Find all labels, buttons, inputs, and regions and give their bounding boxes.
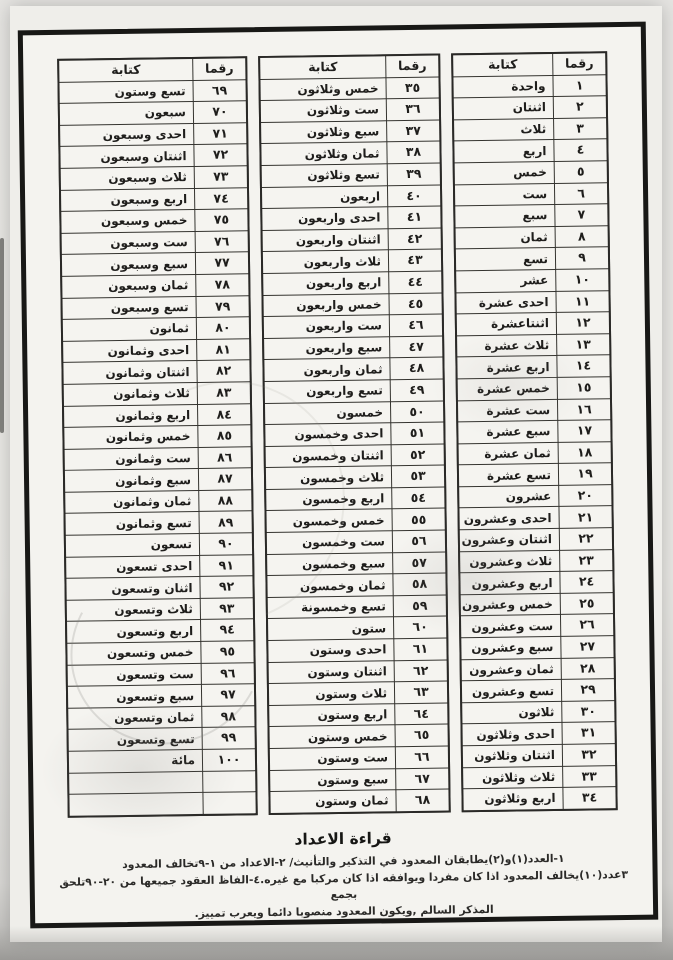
numeral-cell: ٥٢ [392, 444, 444, 465]
written-number-cell: خمس وعشرون [461, 594, 560, 616]
written-number-cell: اربع وستون [269, 704, 394, 726]
numeral-cell: ٩٧ [202, 684, 254, 705]
numeral-cell: ٣٤ [563, 787, 615, 808]
numeral-cell: ٣٧ [387, 120, 439, 141]
numeral-cell: ٣٣ [563, 766, 615, 787]
written-number-cell: اربع واربعون [263, 272, 388, 294]
written-number-cell: ثمان وسبعون [62, 275, 195, 297]
written-number-cell: اربع وثلاثون [463, 788, 562, 810]
written-number-cell: سبع عشرة [458, 421, 557, 443]
numeral-cell: ٦٠ [394, 617, 446, 638]
numeral-cell: ٧ [555, 204, 607, 225]
numeral-cell: ١٨ [559, 442, 611, 463]
written-number-cell: خمس وستون [270, 726, 395, 748]
written-number-cell: ثلاث وستون [269, 682, 394, 704]
written-number-cell: خمس وثمانون [64, 426, 197, 448]
written-number-cell: اربع [454, 140, 553, 162]
numeral-cell: ٦١ [394, 639, 446, 660]
written-number-cell: ثلاث عشرة [457, 335, 556, 357]
numeral-cell: ٨١ [197, 339, 249, 360]
numeral-cell: ٥٥ [392, 509, 444, 530]
written-number-cell: ثمان وثمانون [65, 491, 198, 513]
written-number-cell: ست واربعون [264, 315, 389, 337]
column-header-written: كتابة [59, 59, 192, 81]
numeral-cell: ٣٥ [386, 77, 438, 98]
written-number-cell: ست [455, 184, 554, 206]
numeral-cell: ٤ [554, 140, 606, 161]
written-number-cell: ثلاث وخمسون [266, 467, 391, 489]
written-number-cell: ست وثلاثون [261, 99, 386, 121]
numeral-cell: ٨٩ [200, 512, 252, 533]
numeral-cell: ٨ [556, 226, 608, 247]
written-number-cell: احدى تسعون [66, 556, 199, 578]
numeral-cell: ٦٥ [396, 725, 448, 746]
written-number-cell: اثنتاعشرة [457, 313, 556, 335]
written-number-cell: ثلاث وثمانون [64, 383, 197, 405]
numeral-cell: ٥ [555, 161, 607, 182]
written-number-cell: تسع عشرة [459, 464, 558, 486]
numeral-cell: ٢٤ [560, 571, 612, 592]
numeral-cell: ١٠٠ [203, 749, 255, 770]
written-number-cell: ست وتسعون [68, 664, 201, 686]
written-number-cell: سبع وتسعون [68, 685, 201, 707]
written-number-cell: اربع وعشرون [460, 572, 559, 594]
numeral-cell: ٨٠ [197, 317, 249, 338]
numeral-cell: ٩٣ [201, 598, 253, 619]
numeral-cell: ٨٨ [199, 490, 251, 511]
written-number-cell: احدى وثلاثون [462, 723, 561, 745]
numeral-cell: ٧٩ [196, 296, 248, 317]
numbers-table-1-34: رقما كتابة ١واحدة٢اثنتان٣ثلاث٤اربع٥خمس٦س… [451, 51, 618, 812]
numeral-cell: ٨٦ [199, 447, 251, 468]
written-number-cell: اثنان وتسعون [66, 577, 199, 599]
numeral-cell: ٥٩ [394, 595, 446, 616]
written-number-cell: تسع وثلاثون [262, 164, 387, 186]
numeral-cell: ١٠ [556, 269, 608, 290]
written-number-cell: تسع [456, 248, 555, 270]
numeral-cell: ٥٣ [392, 466, 444, 487]
column-header-written: كتابة [260, 56, 385, 78]
numeral-cell: ٨٤ [198, 404, 250, 425]
written-number-cell: احدى وثمانون [63, 340, 196, 362]
written-number-cell: ثلاث واربعون [263, 251, 388, 273]
written-number-cell: تسع وستون [59, 81, 192, 103]
written-number-cell: تسع وثمانون [66, 512, 199, 534]
numeral-cell: ٩٦ [202, 663, 254, 684]
numeral-cell: ٨٧ [199, 468, 251, 489]
written-number-cell: ثمان وثلاثون [261, 143, 386, 165]
written-number-cell: ثلاث [454, 119, 553, 141]
written-number-cell: خمس عشرة [458, 378, 557, 400]
numeral-cell: ٣٠ [562, 701, 614, 722]
numeral-cell: ٢٥ [561, 593, 613, 614]
written-number-cell: اربع وثمانون [64, 404, 197, 426]
written-number-cell: سبع وثلاثون [261, 121, 386, 143]
numeral-cell: ١٦ [558, 399, 610, 420]
numeral-cell: ٤٨ [390, 358, 442, 379]
numeral-cell: ٣٦ [387, 99, 439, 120]
numeral-cell: ١ [553, 75, 605, 96]
numeral-cell: ١٧ [558, 420, 610, 441]
written-number-cell: خمس وتسعون [67, 642, 200, 664]
written-number-cell: ست وسبعون [62, 232, 195, 254]
written-number-cell: احدى وسبعون [60, 124, 193, 146]
numeral-cell: ٢١ [559, 507, 611, 528]
numeral-cell: ٦٨ [396, 790, 448, 811]
numeral-cell: ٤٥ [389, 293, 441, 314]
written-number-cell: سبع وعشرون [461, 637, 560, 659]
written-number-cell: مائة [69, 750, 202, 772]
numeral-cell: ٣٢ [563, 744, 615, 765]
written-number-cell: خمس وخمسون [267, 510, 392, 532]
column-header-written: كتابة [453, 54, 552, 76]
written-number-cell: سبع وسبعون [62, 253, 195, 275]
numeral-cell: ٧٨ [196, 274, 248, 295]
numeral-cell: ٥٨ [393, 574, 445, 595]
numeral-cell: ٧٤ [195, 188, 247, 209]
numeral-cell: ٢٣ [560, 550, 612, 571]
written-number-cell: سبع واربعون [264, 337, 389, 359]
empty-written-cell [69, 793, 202, 815]
written-number-cell: اثنتان وثلاثون [463, 745, 562, 767]
column-header-numeral: رقما [553, 53, 605, 74]
written-number-cell: اثنتان وثمانون [63, 361, 196, 383]
page-title: قراءة الاعداد [48, 826, 638, 852]
numeral-cell: ٦٢ [395, 660, 447, 681]
numeral-cell: ٦٦ [396, 746, 448, 767]
written-number-cell: اثنتان [454, 97, 553, 119]
numeral-cell: ٢٨ [562, 658, 614, 679]
numeral-cell: ٧٥ [195, 209, 247, 230]
written-number-cell: اثنتان وسبعون [60, 145, 193, 167]
written-number-cell: ستون [268, 618, 393, 640]
written-number-cell: خمس واربعون [263, 294, 388, 316]
written-number-cell: سبعون [60, 102, 193, 124]
numeral-cell: ٧٧ [196, 253, 248, 274]
numbers-table-69-100: رقما كتابة ٦٩تسع وستون٧٠سبعون٧١احدى وسبع… [57, 56, 258, 817]
written-number-cell: خمسون [265, 402, 390, 424]
numeral-cell: ١٥ [558, 377, 610, 398]
numeral-cell: ٤١ [388, 207, 440, 228]
numeral-cell: ٢٦ [561, 615, 613, 636]
written-number-cell: ثمان [456, 227, 555, 249]
numeral-cell: ٩٢ [200, 576, 252, 597]
written-number-cell: ثلاث وسبعون [61, 167, 194, 189]
numeral-cell: ٤٤ [389, 271, 441, 292]
written-number-cell: سبع وخمسون [267, 553, 392, 575]
numeral-cell: ٤٧ [390, 336, 442, 357]
numeral-cell: ٢٩ [562, 679, 614, 700]
written-number-cell: تسع وسبعون [63, 297, 196, 319]
written-number-cell: خمس [455, 162, 554, 184]
written-number-cell: ست وثمانون [65, 448, 198, 470]
numeral-cell: ٣٩ [388, 164, 440, 185]
numeral-cell: ٤٠ [388, 185, 440, 206]
numeral-cell: ٥٠ [391, 401, 443, 422]
numbers-table-35-68: رقما كتابة ٣٥خمس وثلاثون٣٦ست وثلاثون٣٧سب… [258, 54, 451, 815]
numeral-cell: ٧٢ [194, 145, 246, 166]
page-border-frame: رقما كتابة ١واحدة٢اثنتان٣ثلاث٤اربع٥خمس٦س… [18, 22, 658, 929]
numeral-cell: ٤٦ [390, 315, 442, 336]
written-number-cell: واحدة [453, 76, 552, 98]
written-number-cell: ست عشرة [458, 399, 557, 421]
numeral-cell: ٢٠ [559, 485, 611, 506]
written-number-cell: تسع وتسعون [69, 728, 202, 750]
numeral-cell: ٤٣ [389, 250, 441, 271]
written-number-cell: اربع عشرة [457, 356, 556, 378]
written-number-cell: اربعون [262, 186, 387, 208]
written-number-cell: ثمان وتسعون [68, 707, 201, 729]
written-number-cell: احدى وستون [268, 639, 393, 661]
numeral-cell: ٢ [554, 96, 606, 117]
written-number-cell: ثلاث وتسعون [67, 599, 200, 621]
written-number-cell: عشر [456, 270, 555, 292]
empty-numeral-cell [203, 792, 255, 813]
written-number-cell: ثمان عشرة [459, 443, 558, 465]
numeral-cell: ٣١ [562, 723, 614, 744]
written-number-cell: سبع وستون [270, 769, 395, 791]
written-number-cell: ثمانون [63, 318, 196, 340]
written-number-cell: خمس وسبعون [61, 210, 194, 232]
numeral-cell: ٩١ [200, 555, 252, 576]
numeral-cell: ٩٨ [202, 706, 254, 727]
numeral-cell: ٦٧ [396, 768, 448, 789]
written-number-cell: ثلاث وثلاثون [463, 766, 562, 788]
written-number-cell: احدى وخمسون [265, 423, 390, 445]
numeral-cell: ٦ [555, 183, 607, 204]
numeral-cell: ٣٨ [387, 142, 439, 163]
written-number-cell: ست وخمسون [267, 531, 392, 553]
written-number-cell: اربع وسبعون [61, 189, 194, 211]
column-header-numeral: رقما [193, 58, 245, 79]
number-tables-row: رقما كتابة ١واحدة٢اثنتان٣ثلاث٤اربع٥خمس٦س… [37, 51, 638, 818]
numeral-cell: ٥٧ [393, 552, 445, 573]
numeral-cell: ٦٤ [395, 703, 447, 724]
written-number-cell: ست وعشرون [461, 615, 560, 637]
written-number-cell: اثنتان وخمسون [266, 445, 391, 467]
numeral-cell: ٢٧ [561, 636, 613, 657]
written-number-cell: ثمان وخمسون [267, 575, 392, 597]
written-number-cell: تسع وعشرون [462, 680, 561, 702]
numeral-cell: ١١ [556, 291, 608, 312]
numeral-cell: ٨٢ [197, 361, 249, 382]
written-number-cell: اثنتان وستون [269, 661, 394, 683]
written-number-cell: اربع وتسعون [67, 620, 200, 642]
page-background: رقما كتابة ١واحدة٢اثنتان٣ثلاث٤اربع٥خمس٦س… [10, 6, 662, 942]
written-number-cell: سبع [455, 205, 554, 227]
numeral-cell: ٦٣ [395, 682, 447, 703]
numeral-cell: ١٢ [557, 312, 609, 333]
written-number-cell: ست وستون [270, 747, 395, 769]
written-number-cell: ثمان وعشرون [462, 659, 561, 681]
numeral-cell: ٧٦ [196, 231, 248, 252]
numeral-cell: ٩٠ [200, 533, 252, 554]
numeral-cell: ١٩ [559, 463, 611, 484]
written-number-cell: اثنتان وعشرون [460, 529, 559, 551]
empty-numeral-cell [203, 771, 255, 792]
numeral-cell: ٩٤ [201, 620, 253, 641]
numeral-cell: ١٣ [557, 334, 609, 355]
written-number-cell: احدى وعشرون [459, 507, 558, 529]
numeral-cell: ٣ [554, 118, 606, 139]
numeral-cell: ٩٥ [201, 641, 253, 662]
written-number-cell: احدى عشرة [456, 291, 555, 313]
numeral-cell: ٧١ [194, 123, 246, 144]
scanned-document: { "page": { "title": "قراءة الاعداد", "n… [0, 0, 673, 960]
written-number-cell: عشرون [459, 486, 558, 508]
written-number-cell: خمس وثلاثون [260, 78, 385, 100]
empty-written-cell [69, 772, 202, 794]
numeral-cell: ٤٩ [391, 379, 443, 400]
written-number-cell: ثمان واربعون [264, 359, 389, 381]
written-number-cell: سبع وثمانون [65, 469, 198, 491]
written-number-cell: اثنتان واربعون [263, 229, 388, 251]
written-number-cell: اربع وخمسون [266, 488, 391, 510]
numeral-cell: ٤٢ [389, 228, 441, 249]
written-number-cell: ثلاثون [462, 702, 561, 724]
numeral-cell: ٨٣ [198, 382, 250, 403]
written-number-cell: تسع واربعون [265, 380, 390, 402]
column-header-numeral: رقما [386, 56, 438, 77]
written-number-cell: تسعون [66, 534, 199, 556]
numeral-cell: ٨٥ [198, 425, 250, 446]
written-number-cell: احدى واربعون [262, 207, 387, 229]
scan-edge-artifact [0, 238, 4, 433]
written-number-cell: ثلاث وعشرون [460, 551, 559, 573]
numeral-cell: ٧٣ [195, 166, 247, 187]
numeral-cell: ٩٩ [203, 728, 255, 749]
numeral-cell: ٥٦ [393, 531, 445, 552]
numeral-cell: ٦٩ [193, 80, 245, 101]
written-number-cell: ثمان وستون [270, 790, 395, 812]
numeral-cell: ٢٢ [560, 528, 612, 549]
numeral-cell: ٧٠ [194, 101, 246, 122]
numeral-cell: ٥١ [391, 423, 443, 444]
numeral-cell: ١٤ [557, 356, 609, 377]
numeral-cell: ٩ [556, 248, 608, 269]
written-number-cell: تسع وخمسونة [268, 596, 393, 618]
numeral-cell: ٥٤ [392, 487, 444, 508]
notes-section: قراءة الاعداد ١-العدد(١)و(٢)يطابقان المع… [48, 826, 639, 925]
